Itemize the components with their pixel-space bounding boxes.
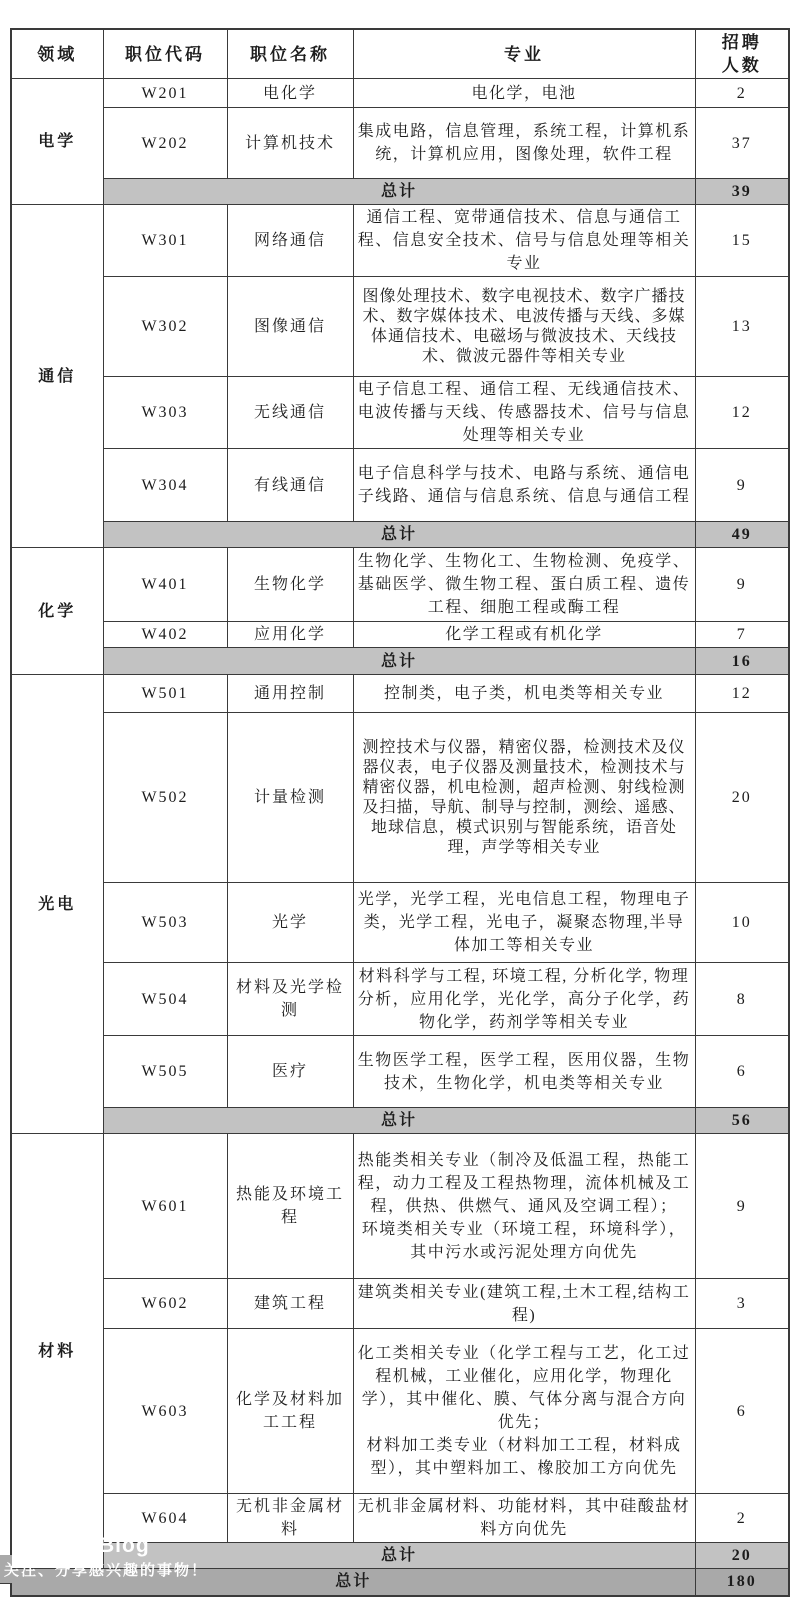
position-name: 电化学 xyxy=(227,79,353,108)
position-majors: 电子信息科学与技术、电路与系统、通信电子线路、通信与信息系统、信息与通信工程 xyxy=(353,449,695,522)
table-row: W603 化学及材料加工工程 化工类相关专业（化学工程与工艺，化工过程机械，工业… xyxy=(11,1329,789,1494)
position-count: 7 xyxy=(695,622,789,648)
group-total-label: 总计 xyxy=(103,1108,695,1134)
table-row: W302 图像通信 图像处理技术、数字电视技术、数字广播技术、数字媒体技术、电波… xyxy=(11,277,789,377)
position-name: 无线通信 xyxy=(227,377,353,449)
position-code: W401 xyxy=(103,548,227,622)
position-majors: 光学，光学工程，光电信息工程，物理电子类，光学工程，光电子，凝聚态物理,半导体加… xyxy=(353,883,695,963)
summary-row: 总计 16 xyxy=(11,648,789,675)
position-name: 化学及材料加工工程 xyxy=(227,1329,353,1494)
position-majors: 材料科学与工程, 环境工程, 分析化学, 物理分析，应用化学，光化学，高分子化学… xyxy=(353,963,695,1036)
position-code: W603 xyxy=(103,1329,227,1494)
position-majors: 无机非金属材料、功能材料，其中硅酸盐材料方向优先 xyxy=(353,1494,695,1543)
page: 领域 职位代码 职位名称 专业 招聘 人数 电学 W201 电化学 电化学，电池… xyxy=(0,0,800,1600)
group-total-label: 总计 xyxy=(103,522,695,548)
position-name: 计量检测 xyxy=(227,713,353,883)
position-count: 10 xyxy=(695,883,789,963)
table-row: W504 材料及光学检测 材料科学与工程, 环境工程, 分析化学, 物理分析，应… xyxy=(11,963,789,1036)
group-total-value: 56 xyxy=(695,1108,789,1134)
position-count: 12 xyxy=(695,675,789,713)
position-name: 通用控制 xyxy=(227,675,353,713)
position-count: 2 xyxy=(695,79,789,108)
position-name: 无机非金属材料 xyxy=(227,1494,353,1543)
position-name: 网络通信 xyxy=(227,205,353,277)
position-count: 12 xyxy=(695,377,789,449)
position-count: 2 xyxy=(695,1494,789,1543)
position-count: 37 xyxy=(695,108,789,179)
position-majors: 生物化学、生物化工、生物检测、免疫学、基础医学、微生物工程、蛋白质工程、遗传工程… xyxy=(353,548,695,622)
position-majors: 化学工程或有机化学 xyxy=(353,622,695,648)
position-code: W302 xyxy=(103,277,227,377)
table-row: 化学 W401 生物化学 生物化学、生物化工、生物检测、免疫学、基础医学、微生物… xyxy=(11,548,789,622)
table-row: 材料 W601 热能及环境工程 热能类相关专业（制冷及低温工程，热能工程，动力工… xyxy=(11,1134,789,1279)
position-code: W202 xyxy=(103,108,227,179)
position-code: W502 xyxy=(103,713,227,883)
group-total-label: 总计 xyxy=(103,648,695,675)
table-row: 电学 W201 电化学 电化学，电池 2 xyxy=(11,79,789,108)
position-code: W601 xyxy=(103,1134,227,1279)
position-majors: 控制类，电子类，机电类等相关专业 xyxy=(353,675,695,713)
group-total-label: 总计 xyxy=(103,179,695,205)
field-label: 化学 xyxy=(11,548,103,675)
field-label: 材料 xyxy=(11,1134,103,1569)
position-code: W303 xyxy=(103,377,227,449)
group-total-value: 49 xyxy=(695,522,789,548)
table-row: W602 建筑工程 建筑类相关专业(建筑工程,土木工程,结构工程) 3 xyxy=(11,1279,789,1329)
position-code: W504 xyxy=(103,963,227,1036)
position-count: 6 xyxy=(695,1329,789,1494)
position-name: 材料及光学检测 xyxy=(227,963,353,1036)
table-row: 通信 W301 网络通信 通信工程、宽带通信技术、信息与通信工程、信息安全技术、… xyxy=(11,205,789,277)
position-majors: 电化学，电池 xyxy=(353,79,695,108)
table-header-row: 领域 职位代码 职位名称 专业 招聘 人数 xyxy=(11,29,789,79)
position-majors: 热能类相关专业（制冷及低温工程，热能工程，动力工程及工程热物理，流体机械及工程，… xyxy=(353,1134,695,1279)
position-majors: 图像处理技术、数字电视技术、数字广播技术、数字媒体技术、电波传播与天线、多媒体通… xyxy=(353,277,695,377)
position-code: W402 xyxy=(103,622,227,648)
position-majors: 电子信息工程、通信工程、无线通信技术、电波传播与天线、传感器技术、信号与信息处理… xyxy=(353,377,695,449)
table-row: W202 计算机技术 集成电路，信息管理，系统工程，计算机系统，计算机应用，图像… xyxy=(11,108,789,179)
blog-watermark: Blog xyxy=(99,1534,150,1558)
field-label: 光电 xyxy=(11,675,103,1134)
summary-row: 总计 56 xyxy=(11,1108,789,1134)
position-count: 9 xyxy=(695,1134,789,1279)
group-total-value: 16 xyxy=(695,648,789,675)
field-label: 通信 xyxy=(11,205,103,548)
position-name: 建筑工程 xyxy=(227,1279,353,1329)
position-name: 热能及环境工程 xyxy=(227,1134,353,1279)
position-count: 8 xyxy=(695,963,789,1036)
footer-watermark-text: 关注、分享感兴趣的事物！ xyxy=(4,1559,208,1580)
table-row: W505 医疗 生物医学工程，医学工程，医用仪器，生物技术，生物化学，机电类等相… xyxy=(11,1036,789,1108)
position-code: W501 xyxy=(103,675,227,713)
position-name: 光学 xyxy=(227,883,353,963)
summary-row: 总计 49 xyxy=(11,522,789,548)
position-code: W505 xyxy=(103,1036,227,1108)
table-row: W304 有线通信 电子信息科学与技术、电路与系统、通信电子线路、通信与信息系统… xyxy=(11,449,789,522)
position-code: W301 xyxy=(103,205,227,277)
header-code: 职位代码 xyxy=(103,29,227,79)
header-count: 招聘 人数 xyxy=(695,29,789,79)
position-name: 图像通信 xyxy=(227,277,353,377)
position-code: W503 xyxy=(103,883,227,963)
header-name: 职位名称 xyxy=(227,29,353,79)
position-name: 生物化学 xyxy=(227,548,353,622)
table-row: W503 光学 光学，光学工程，光电信息工程，物理电子类，光学工程，光电子，凝聚… xyxy=(11,883,789,963)
grand-total-value: 180 xyxy=(695,1569,789,1596)
position-majors: 通信工程、宽带通信技术、信息与通信工程、信息安全技术、信号与信息处理等相关专业 xyxy=(353,205,695,277)
position-count: 13 xyxy=(695,277,789,377)
job-table: 领域 职位代码 职位名称 专业 招聘 人数 电学 W201 电化学 电化学，电池… xyxy=(10,28,790,1597)
position-majors: 建筑类相关专业(建筑工程,土木工程,结构工程) xyxy=(353,1279,695,1329)
position-name: 应用化学 xyxy=(227,622,353,648)
summary-row: 总计 39 xyxy=(11,179,789,205)
position-name: 计算机技术 xyxy=(227,108,353,179)
table-row: W402 应用化学 化学工程或有机化学 7 xyxy=(11,622,789,648)
group-total-value: 20 xyxy=(695,1543,789,1569)
group-total-value: 39 xyxy=(695,179,789,205)
position-count: 9 xyxy=(695,449,789,522)
table-row: W303 无线通信 电子信息工程、通信工程、无线通信技术、电波传播与天线、传感器… xyxy=(11,377,789,449)
position-count: 3 xyxy=(695,1279,789,1329)
header-major: 专业 xyxy=(353,29,695,79)
position-majors: 测控技术与仪器，精密仪器，检测技术及仪器仪表，电子仪器及测量技术，检测技术与精密… xyxy=(353,713,695,883)
position-count: 6 xyxy=(695,1036,789,1108)
position-majors: 生物医学工程，医学工程，医用仪器，生物技术，生物化学，机电类等相关专业 xyxy=(353,1036,695,1108)
position-code: W304 xyxy=(103,449,227,522)
header-field: 领域 xyxy=(11,29,103,79)
table-row: W502 计量检测 测控技术与仪器，精密仪器，检测技术及仪器仪表，电子仪器及测量… xyxy=(11,713,789,883)
table-row: 光电 W501 通用控制 控制类，电子类，机电类等相关专业 12 xyxy=(11,675,789,713)
position-name: 医疗 xyxy=(227,1036,353,1108)
position-majors: 集成电路，信息管理，系统工程，计算机系统，计算机应用，图像处理，软件工程 xyxy=(353,108,695,179)
position-count: 15 xyxy=(695,205,789,277)
position-count: 20 xyxy=(695,713,789,883)
position-majors: 化工类相关专业（化学工程与工艺，化工过程机械，工业催化，应用化学，物理化学），其… xyxy=(353,1329,695,1494)
position-count: 9 xyxy=(695,548,789,622)
position-name: 有线通信 xyxy=(227,449,353,522)
field-label: 电学 xyxy=(11,79,103,205)
position-code: W201 xyxy=(103,79,227,108)
position-code: W602 xyxy=(103,1279,227,1329)
